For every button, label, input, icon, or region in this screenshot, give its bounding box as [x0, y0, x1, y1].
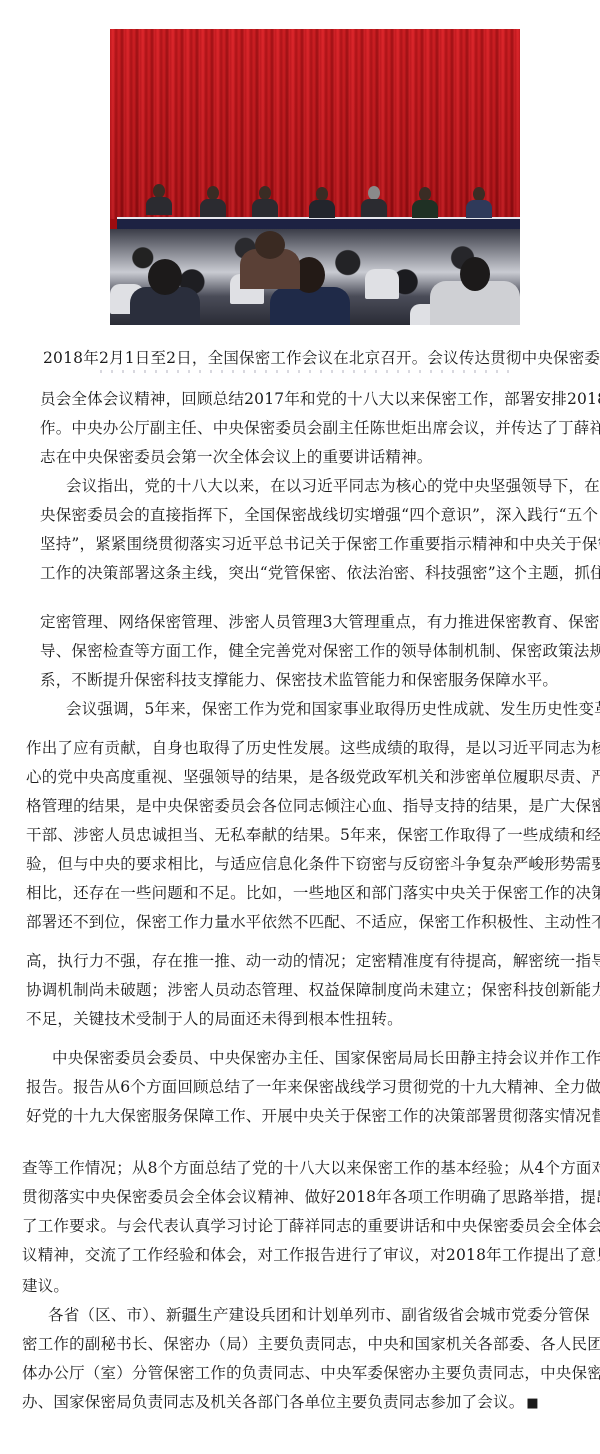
article-line: 导、保密检查等方面工作，健全完善党对保密工作的领导体制机制、保密政策法规体: [40, 641, 600, 661]
article-line: 坚持”，紧紧围绕贯彻落实习近平总书记关于保密工作重要指示精神和中央关于保密: [40, 534, 600, 554]
article-line: 员会全体会议精神，回顾总结2017年和党的十八大以来保密工作，部署安排2018年…: [40, 389, 600, 409]
article-line: 格管理的结果，是中央保密委员会各位同志倾注心血、指导支持的结果，是广大保密: [26, 796, 600, 816]
article-line: 各省（区、市）、新疆生产建设兵团和计划单列市、副省级省会城市党委分管保: [48, 1305, 590, 1325]
article-line: 部署还不到位，保密工作力量水平依然不匹配、不适应，保密工作积极性、主动性不: [26, 912, 600, 932]
article-line: 查等工作情况；从8个方面总结了党的十八大以来保密工作的基本经验；从4个方面对: [22, 1158, 600, 1178]
article-line: 建议。: [22, 1276, 69, 1296]
article-line: 协调机制尚未破题；涉密人员动态管理、权益保障制度尚未建立；保密科技创新能力: [26, 980, 600, 1000]
article-line: 干部、涉密人员忠诚担当、无私奉献的结果。5年来，保密工作取得了一些成绩和经: [26, 825, 600, 845]
article-line: 办、国家保密局负责同志及机关各部门各单位主要负责同志参加了会议。■: [22, 1392, 539, 1414]
article-line: 议精神，交流了工作经验和体会，对工作报告进行了审议，对2018年工作提出了意见: [22, 1245, 600, 1265]
article-line: 2018年2月1日至2日，全国保密工作会议在北京召开。会议传达贯彻中央保密委: [43, 348, 600, 368]
article-line: 验，但与中央的要求相比，与适应信息化条件下窃密与反窃密斗争复杂严峻形势需要: [26, 854, 600, 874]
article-line: 中央保密委员会委员、中央保密办主任、国家保密局局长田静主持会议并作工作: [52, 1048, 600, 1068]
article-line: 作。中央办公厅副主任、中央保密委员会副主任陈世炬出席会议，并传达了丁薛祥同: [40, 418, 600, 438]
article-line: 好党的十九大保密服务保障工作、开展中央关于保密工作的决策部署贯彻落实情况督: [26, 1106, 600, 1126]
article-line: 贯彻落实中央保密委员会全体会议精神、做好2018年各项工作明确了思路举措，提出: [22, 1187, 600, 1207]
article-line: 央保密委员会的直接指挥下，全国保密战线切实增强“四个意识”，深入践行“五个: [40, 505, 598, 525]
red-curtain-backdrop: [110, 29, 520, 219]
article-line: 密工作的副秘书长、保密办（局）主要负责同志，中央和国家机关各部委、各人民团: [22, 1334, 600, 1354]
article-line: 会议指出，党的十八大以来，在以习近平同志为核心的党中央坚强领导下，在中: [66, 476, 600, 496]
article-line: 定密管理、网络保密管理、涉密人员管理3大管理重点，有力推进保密教育、保密指: [40, 612, 600, 632]
article-line: 作出了应有贡献，自身也取得了历史性发展。这些成绩的取得，是以习近平同志为核: [26, 738, 600, 758]
article-last-line-text: 办、国家保密局负责同志及机关各部门各单位主要负责同志参加了会议。: [22, 1393, 524, 1411]
article-line: 相比，还存在一些问题和不足。比如，一些地区和部门落实中央关于保密工作的决策: [26, 883, 600, 903]
article-line: 心的党中央高度重视、坚强领导的结果，是各级党政军机关和涉密单位履职尽责、严: [26, 767, 600, 787]
news-photo: [110, 29, 520, 325]
article-line: 体办公厅（室）分管保密工作的负责同志、中央军委保密办主要负责同志，中央保密: [22, 1363, 600, 1383]
article-line: 系，不断提升保密科技支撑能力、保密技术监管能力和保密服务保障水平。: [40, 670, 558, 690]
audience-seating: [110, 229, 520, 325]
article-line: 志在中央保密委员会第一次全体会议上的重要讲话精神。: [40, 447, 433, 467]
rendering-artifact-line: [100, 370, 510, 373]
article-line: 报告。报告从6个方面回顾总结了一年来保密战线学习贯彻党的十九大精神、全力做: [26, 1077, 600, 1097]
article-line: 了工作要求。与会代表认真学习讨论丁薛祥同志的重要讲话和中央保密委员会全体会: [22, 1216, 600, 1236]
article-line: 工作的决策部署这条主线，突出“党管保密、依法治密、科技强密”这个主题，抓住: [40, 563, 600, 583]
article-line: 不足，关键技术受制于人的局面还未得到根本性扭转。: [26, 1009, 403, 1029]
article-line: 高，执行力不强，存在推一推、动一动的情况；定密精准度有待提高，解密统一指导: [26, 951, 600, 971]
end-mark-icon: ■: [526, 1396, 538, 1411]
article-line: 会议强调，5年来，保密工作为党和国家事业取得历史性成就、发生历史性变革: [66, 699, 600, 719]
